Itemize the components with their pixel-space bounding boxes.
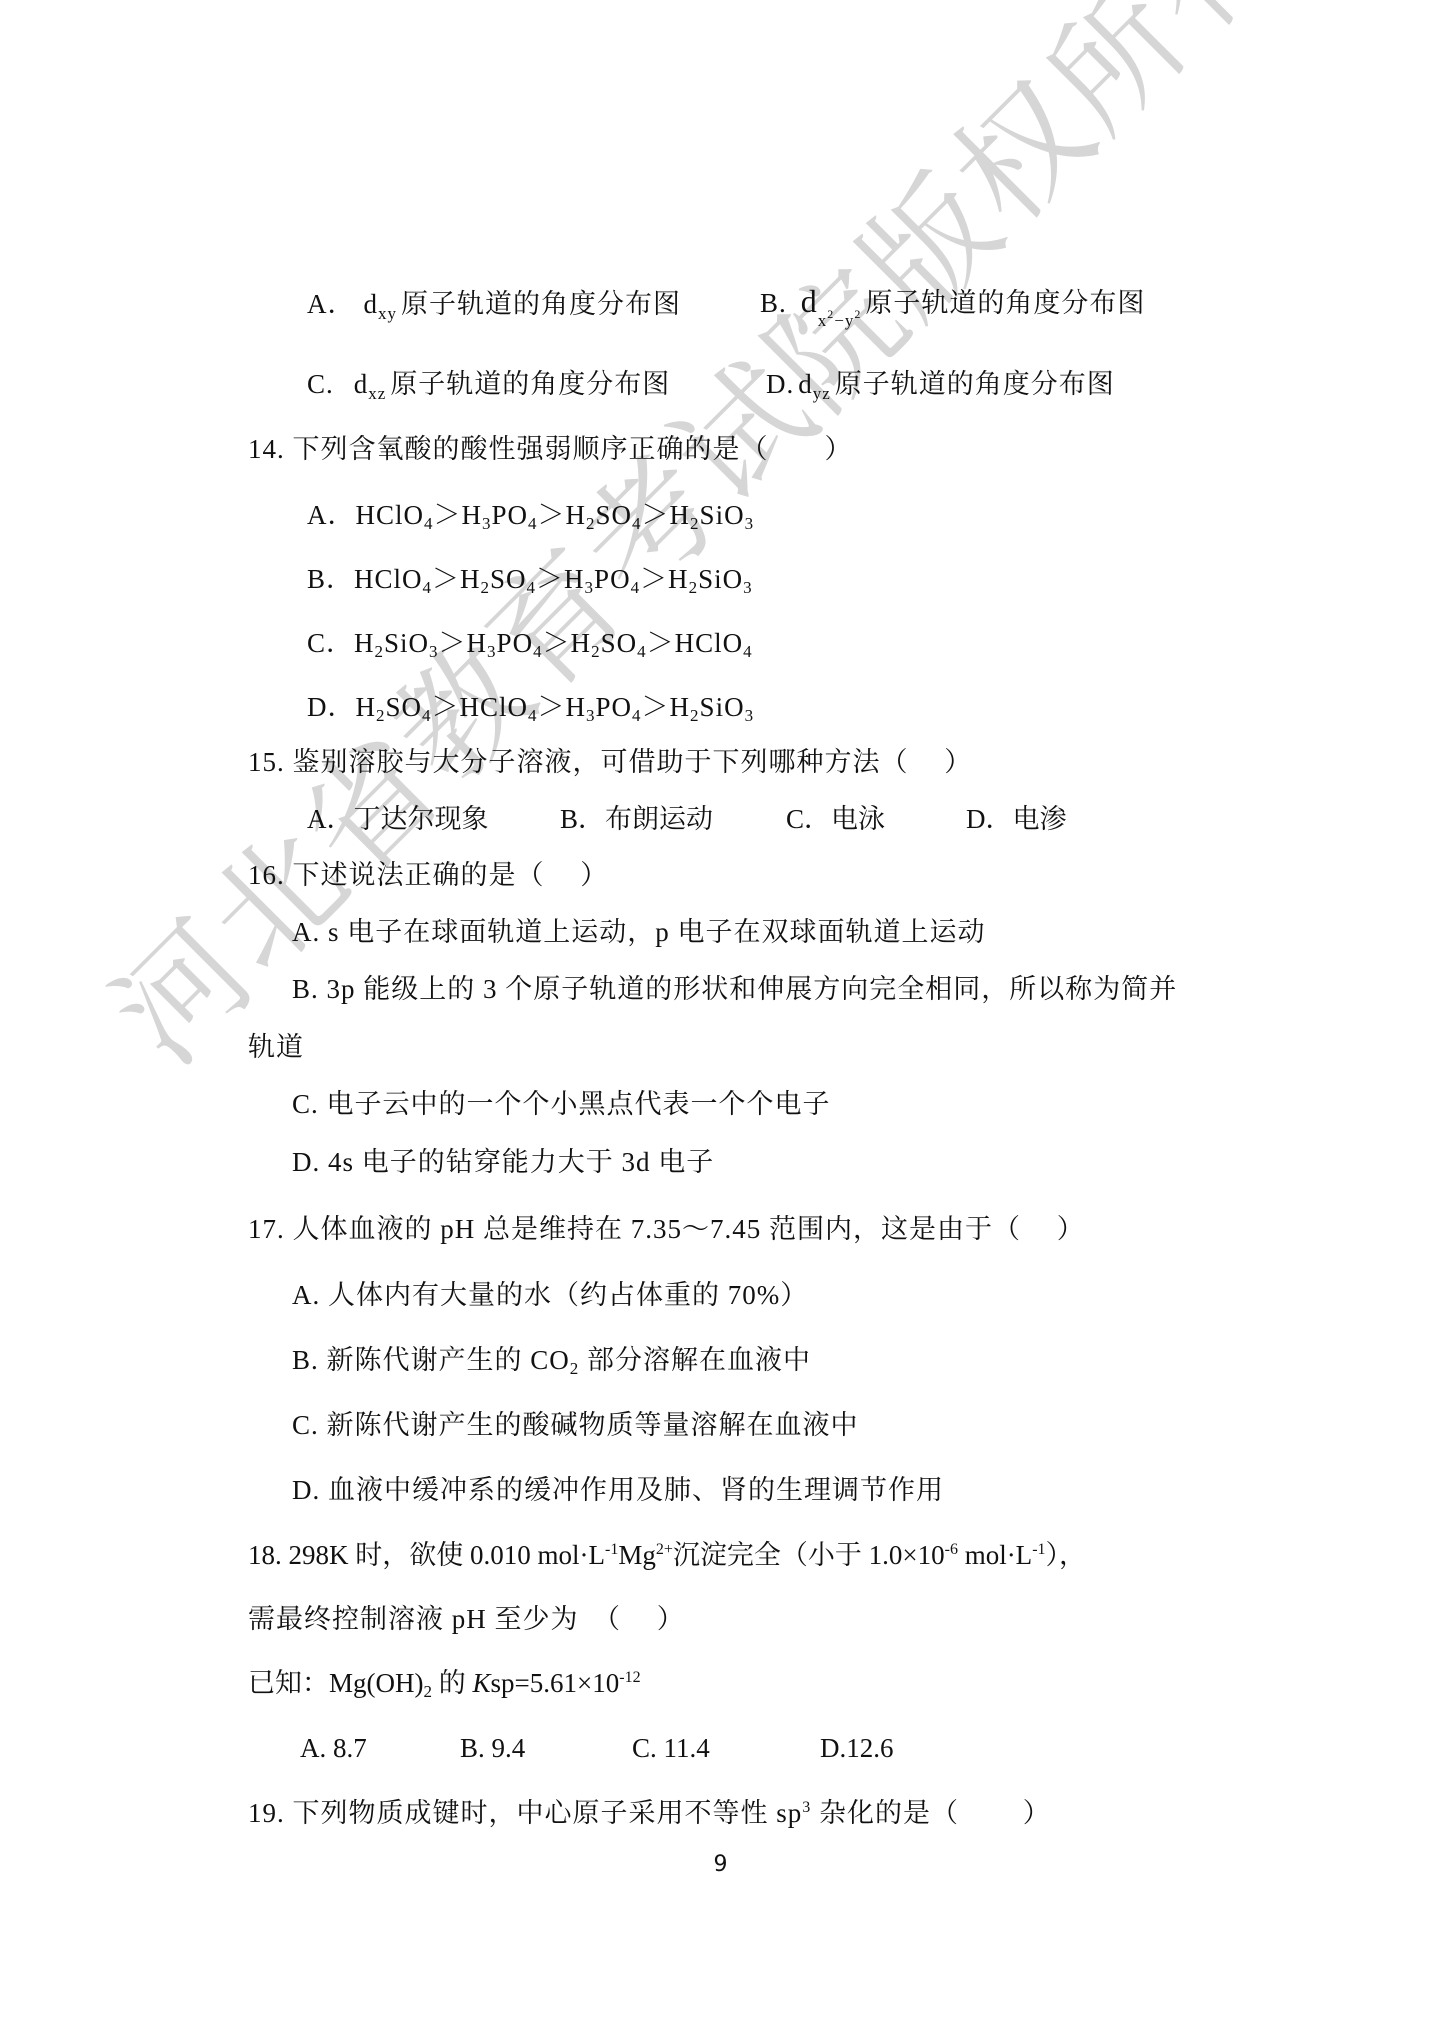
f-sub: 4 [533, 642, 543, 661]
f: HClO [354, 564, 423, 594]
f-sub: 3 [743, 578, 753, 597]
f: H [356, 692, 377, 722]
f: PO [492, 500, 529, 530]
f-sub: 4 [743, 642, 753, 661]
option-label: C. [307, 369, 334, 399]
sup: -1 [1032, 1541, 1045, 1558]
text: 沉淀完全（小于 1.0×10 [673, 1540, 945, 1570]
option-text: 原子轨道的角度分布图 [390, 369, 670, 399]
q15-option-a: A．丁达尔现象 [307, 802, 489, 836]
q13-option-d: D.dyz原子轨道的角度分布图 [766, 367, 1115, 411]
f-sub: 3 [745, 706, 755, 725]
f: PO [594, 564, 631, 594]
f: ＞H [642, 692, 691, 722]
ksp-k: K [473, 1668, 491, 1698]
f: ＞HClO [432, 692, 529, 722]
f: ＞H [432, 564, 481, 594]
q18-option-a: A. 8.7 [300, 1731, 367, 1765]
orbital-symbol: d [354, 369, 369, 399]
orbital-subscript: yz [813, 384, 831, 403]
f-sub: 4 [424, 514, 434, 533]
text: sp=5.61×10 [491, 1668, 620, 1698]
q15-option-d: D．电渗 [966, 802, 1067, 836]
sup: -6 [945, 1541, 958, 1558]
f-sub: 4 [632, 514, 642, 533]
option-label: B. [760, 288, 787, 318]
option-text: 原子轨道的角度分布图 [835, 369, 1115, 399]
f: SO [601, 628, 638, 658]
orbital-symbol: d [364, 289, 379, 319]
f: ＞H [543, 628, 592, 658]
q17-option-d: D. 血液中缓冲系的缓冲作用及肺、肾的生理调节作用 [292, 1473, 944, 1507]
q15-option-c: C．电泳 [786, 802, 885, 836]
option-text: 原子轨道的角度分布图 [401, 289, 681, 319]
text: B. 新陈代谢产生的 CO [292, 1345, 570, 1375]
f-sub: 4 [528, 706, 538, 725]
text: 已知：Mg(OH) [248, 1668, 424, 1698]
f-sub: 2 [586, 514, 596, 533]
sub: 2 [570, 1359, 580, 1378]
q17-option-a: A. 人体内有大量的水（约占体重的 70%） [292, 1278, 808, 1312]
orbital-symbol: d [798, 369, 813, 399]
sub: 2 [424, 1682, 433, 1701]
option-label: D. [766, 369, 794, 399]
q16-option-d: D. 4s 电子的钻穿能力大于 3d 电子 [292, 1145, 714, 1179]
option-label: A． [307, 289, 356, 319]
f-sub: 3 [586, 706, 596, 725]
f: ＞H [536, 564, 585, 594]
q16-stem: 16. 下述说法正确的是（ ） [248, 858, 608, 892]
orbital-subscript: x2−y2 [818, 311, 862, 330]
f-sub: 4 [637, 642, 647, 661]
option-text: 原子轨道的角度分布图 [865, 288, 1145, 318]
f: SiO [384, 628, 429, 658]
q14-stem: 14. 下列含氧酸的酸性强弱顺序正确的是（ ） [248, 432, 853, 466]
q13-option-a: A．dxy原子轨道的角度分布图 [307, 287, 681, 331]
f: SiO [700, 692, 745, 722]
f-sub: 3 [585, 578, 595, 597]
option-label: A． [307, 500, 356, 530]
f-sub: 4 [423, 578, 433, 597]
f: ＞HClO [647, 628, 744, 658]
sup: -1 [605, 1541, 618, 1558]
q17-option-b: B. 新陈代谢产生的 CO2 部分溶解在血液中 [292, 1343, 811, 1377]
f-sub: 4 [422, 706, 432, 725]
q16-option-c: C. 电子云中的一个个小黑点代表一个个电子 [292, 1087, 831, 1121]
option-label: B． [307, 564, 354, 594]
q19-stem: 19. 下列物质成键时，中心原子采用不等性 sp3 杂化的是（ ） [248, 1796, 1051, 1830]
q13-option-b: B.dx2−y2原子轨道的角度分布图 [760, 284, 1145, 324]
orbital-subscript: xy [378, 304, 397, 323]
f-sub: 2 [591, 642, 601, 661]
f: ＞H [538, 692, 587, 722]
f-sub: 4 [527, 578, 537, 597]
q18-option-c: C. 11.4 [632, 1731, 710, 1765]
text: mol·L [958, 1540, 1032, 1570]
f-sub: 2 [375, 642, 385, 661]
q18-option-b: B. 9.4 [460, 1731, 525, 1765]
f: ＞H [434, 500, 483, 530]
q15-option-b: B．布朗运动 [560, 802, 713, 836]
f-sub: 4 [632, 706, 642, 725]
q18-option-d: D.12.6 [820, 1731, 894, 1765]
q14-option-c: C．H2SiO3＞H3PO4＞H2SO4＞HClO4 [307, 626, 753, 660]
sup: -12 [619, 1669, 640, 1686]
f: SO [490, 564, 527, 594]
f: H [354, 628, 375, 658]
f: PO [596, 692, 633, 722]
q15-stem: 15. 鉴别溶胶与大分子溶液，可借助于下列哪种方法（ ） [248, 745, 972, 779]
q17-option-c: C. 新陈代谢产生的酸碱物质等量溶解在血液中 [292, 1408, 859, 1442]
f: SiO [698, 564, 743, 594]
f: PO [497, 628, 534, 658]
f-sub: 3 [487, 642, 497, 661]
text: ）， [1046, 1540, 1087, 1570]
q18-given: 已知：Mg(OH)2 的 Ksp=5.61×10-12 [248, 1666, 641, 1700]
q14-option-a: A．HClO4＞H3PO4＞H2SO4＞H2SiO3 [307, 498, 754, 532]
f: SO [386, 692, 423, 722]
q13-option-c: C.dxz原子轨道的角度分布图 [307, 367, 670, 411]
f-sub: 2 [690, 706, 700, 725]
sup-2: 2 [854, 307, 861, 321]
f-sub: 2 [690, 514, 700, 533]
sub-x: x [818, 311, 828, 330]
f-sub: 4 [631, 578, 641, 597]
text: 杂化的是（ ） [811, 1798, 1051, 1828]
q16-option-b: B. 3p 能级上的 3 个原子轨道的形状和伸展方向完全相同，所以称为简并 [292, 972, 1177, 1006]
orbital-symbol: d [801, 283, 818, 319]
f: ＞H [439, 628, 488, 658]
page-number: 9 [0, 1852, 1441, 1877]
text: 19. 下列物质成键时，中心原子采用不等性 sp [248, 1798, 802, 1828]
q17-stem: 17. 人体血液的 pH 总是维持在 7.35～7.45 范围内，这是由于（ ） [248, 1212, 1085, 1246]
f: HClO [356, 500, 425, 530]
q18-stem-line1: 18. 298K 时，欲使 0.010 mol·L-1Mg2+沉淀完全（小于 1… [248, 1538, 1086, 1572]
q14-option-b: B．HClO4＞H2SO4＞H3PO4＞H2SiO3 [307, 562, 753, 596]
f: ＞H [640, 564, 689, 594]
q16-option-b-cont: 轨道 [248, 1030, 304, 1064]
f: SO [596, 500, 633, 530]
f: SiO [700, 500, 745, 530]
text: Mg [618, 1540, 656, 1570]
f-sub: 4 [528, 514, 538, 533]
minus: − [834, 311, 845, 330]
q14-option-d: D．H2SO4＞HClO4＞H3PO4＞H2SiO3 [307, 690, 754, 724]
f: ＞H [642, 500, 691, 530]
f-sub: 3 [429, 642, 439, 661]
f-sub: 2 [689, 578, 699, 597]
f-sub: 2 [481, 578, 491, 597]
f-sub: 3 [745, 514, 755, 533]
option-label: D． [307, 692, 356, 722]
f-sub: 2 [376, 706, 386, 725]
q18-stem-line2: 需最终控制溶液 pH 至少为 （ ） [248, 1602, 685, 1636]
f: ＞H [538, 500, 587, 530]
sup: 3 [802, 1799, 811, 1816]
sup: 2+ [656, 1541, 673, 1558]
option-label: C． [307, 628, 354, 658]
text: 部分溶解在血液中 [579, 1345, 811, 1375]
orbital-subscript: xz [368, 384, 386, 403]
text: 18. 298K 时，欲使 0.010 mol·L [248, 1540, 605, 1570]
q16-option-a: A. s 电子在球面轨道上运动，p 电子在双球面轨道上运动 [292, 915, 986, 949]
text: 的 [432, 1668, 473, 1698]
f-sub: 3 [482, 514, 492, 533]
exam-page: 河北省教育考试院版权所有 A．dxy原子轨道的角度分布图 B.dx2−y2原子轨… [0, 0, 1441, 2040]
sub-y: y [845, 311, 855, 330]
